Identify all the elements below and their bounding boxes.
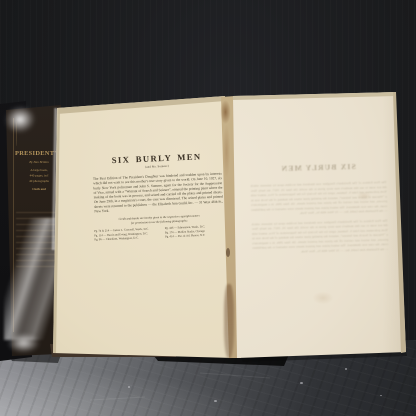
- foxing-spot: [310, 290, 336, 306]
- gutter-stain: [222, 120, 231, 182]
- jacket-small-text: By Nan Britton A large book, 440 pages, …: [15, 160, 61, 192]
- credits-column-left: Pg. 74 & 214 — James L. Croswell, Wash.,…: [94, 227, 165, 243]
- show-through-small-text: The First Edition of The President's Dau…: [251, 180, 389, 255]
- surface-speck: [214, 400, 217, 402]
- jacket-binding-line: Cloth and: [15, 187, 61, 192]
- photo-of-open-antique-book: PRESIDENT'S DAUGHTER By Nan Britton A la…: [0, 0, 416, 416]
- surface-scratch: [90, 397, 145, 401]
- credits-column-right: Pg. 446 — Edmonston, Wash., D.C. Pg. 174…: [165, 224, 226, 239]
- show-through-body-continued: The First Edition of The President's Dau…: [252, 218, 389, 255]
- notice-body: The First Edition of The President's Dau…: [92, 171, 224, 214]
- photo-credits: Pg. 74 & 214 — James L. Croswell, Wash.,…: [94, 224, 225, 242]
- gutter-stain: [224, 284, 234, 358]
- notice-text-block: SIX BURLY MEN (and Mr. Sumner) The First…: [91, 151, 229, 317]
- jacket-faint-blurb-lines: [16, 212, 57, 270]
- notice-small-text: (and Mr. Sumner) The First Edition of Th…: [92, 163, 226, 243]
- gutter-speck: [226, 248, 230, 257]
- show-through-body: The First Edition of The President's Dau…: [251, 180, 388, 217]
- jacket-title: PRESIDENT'S DAUGHTER: [15, 150, 61, 157]
- surface-speck: [300, 382, 303, 384]
- surface-speck: [380, 395, 382, 396]
- show-through-text: SIX BURLY MEN The First Edition of The P…: [250, 161, 389, 271]
- surface-speck: [128, 386, 130, 388]
- jacket-detail-line: 40 photographs: [15, 179, 61, 184]
- surface-speck: [345, 368, 347, 370]
- jacket-border-rule: [13, 118, 14, 332]
- jacket-byline: By Nan Britton: [15, 160, 61, 165]
- surface-scratch: [200, 373, 270, 379]
